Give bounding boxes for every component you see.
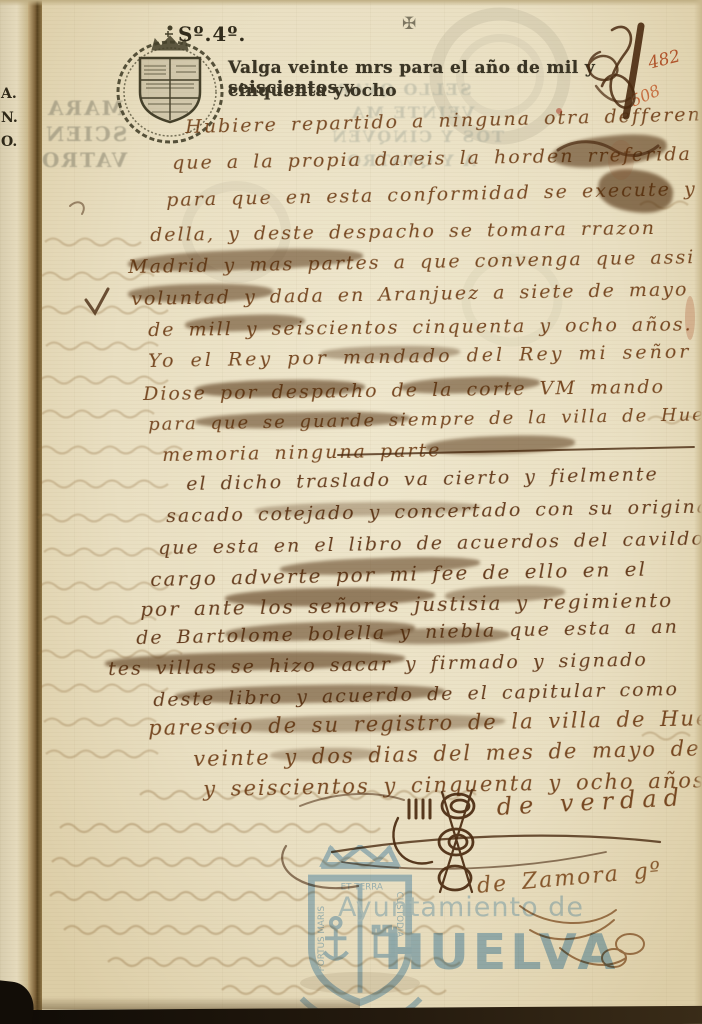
stain xyxy=(556,108,562,114)
watermark-org-text: Ayuntamiento de xyxy=(338,892,584,923)
page-edge-bottom xyxy=(0,1006,702,1024)
margin-mark xyxy=(70,202,84,214)
watermark-city-text: HUELVA xyxy=(384,924,619,981)
manuscript-page: A. N. O. MARA SCIEN VATRO SELLO QVAR VEI… xyxy=(0,0,702,1024)
rule-line xyxy=(338,447,694,455)
margin-mark xyxy=(86,289,108,313)
signature-flourish xyxy=(300,794,404,806)
page-edge-top xyxy=(0,0,702,6)
stain xyxy=(608,140,634,180)
page-edge-right xyxy=(694,0,702,1024)
page-edge-bottom-shadow xyxy=(0,997,360,1009)
watermark-motto-left: PORTUS MARIS xyxy=(317,906,327,972)
watermark-anchor-icon xyxy=(324,918,347,960)
